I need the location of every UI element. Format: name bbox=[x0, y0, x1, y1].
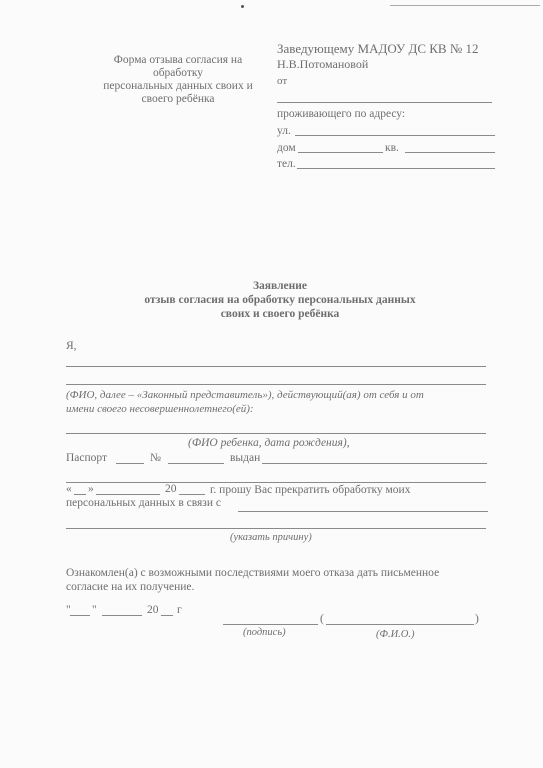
stray-mark bbox=[241, 5, 244, 8]
request-text: г. прошу Вас прекратить обработку моих bbox=[210, 483, 410, 497]
sign-year-prefix: 20 bbox=[147, 603, 159, 617]
passport-number-field[interactable] bbox=[168, 463, 224, 464]
issued-by-field[interactable] bbox=[262, 463, 487, 464]
issued-label: выдан bbox=[230, 451, 260, 465]
phone-label: тел. bbox=[277, 157, 296, 171]
applicant-name-field-2[interactable] bbox=[66, 384, 486, 385]
name-open-paren: ( bbox=[320, 612, 324, 626]
signature-note: (подпись) bbox=[243, 626, 286, 640]
house-label: дом bbox=[277, 141, 296, 155]
name-close-paren: ) bbox=[475, 612, 479, 626]
from-field[interactable] bbox=[277, 102, 492, 103]
representative-note-1: (ФИО, далее – «Законный представитель»),… bbox=[66, 388, 424, 402]
apt-field[interactable] bbox=[405, 152, 495, 153]
title-line1: Заявление bbox=[100, 279, 460, 293]
request-text-2: персональных данных в связи с bbox=[66, 496, 221, 510]
signature-field[interactable] bbox=[223, 624, 318, 625]
title-line3: своих и своего ребёнка bbox=[100, 307, 460, 321]
child-name-field[interactable] bbox=[66, 433, 486, 434]
i-label: Я, bbox=[66, 339, 77, 353]
acknowledge-2: согласие на их получение. bbox=[66, 580, 194, 594]
title-line2: отзыв согласия на обработку персональных… bbox=[100, 293, 460, 307]
name-note: (Ф.И.О.) bbox=[376, 628, 414, 642]
sign-month-field[interactable] bbox=[102, 615, 142, 616]
from-label: от bbox=[277, 74, 287, 88]
date-close-quote: » bbox=[88, 482, 94, 496]
passport-series-field[interactable] bbox=[116, 463, 144, 464]
year-prefix: 20 bbox=[165, 482, 177, 496]
caption-line: персональных данных своих и bbox=[88, 80, 268, 93]
day-field[interactable] bbox=[74, 494, 86, 495]
address-label: проживающего по адресу: bbox=[277, 107, 405, 121]
addressee-line2: Н.В.Потомановой bbox=[277, 57, 368, 72]
sign-date-quote-close: " bbox=[92, 603, 97, 617]
passport-label: Паспорт bbox=[66, 451, 107, 465]
house-field[interactable] bbox=[298, 152, 383, 153]
sign-year-field[interactable] bbox=[161, 615, 173, 616]
acknowledge-1: Ознакомлен(а) с возможными последствиями… bbox=[66, 566, 439, 580]
street-label: ул. bbox=[277, 124, 291, 138]
reason-field[interactable] bbox=[238, 511, 488, 512]
sign-name-field[interactable] bbox=[326, 624, 474, 625]
number-label: № bbox=[150, 451, 161, 465]
month-field[interactable] bbox=[96, 494, 160, 495]
sign-year-suffix: г bbox=[177, 603, 182, 617]
caption-line: обработку bbox=[88, 67, 268, 80]
sign-day-field[interactable] bbox=[70, 615, 90, 616]
caption-line: Форма отзыва согласия на bbox=[88, 54, 268, 67]
child-note: (ФИО ребенка, дата рождения), bbox=[188, 436, 350, 450]
reason-note: (указать причину) bbox=[230, 531, 312, 545]
applicant-name-field-1[interactable] bbox=[66, 366, 486, 367]
representative-note-2: имени своего несовершеннолетнего(ей): bbox=[66, 402, 254, 416]
addressee-line1: Заведующему МАДОУ ДС КВ № 12 bbox=[277, 41, 479, 57]
top-edge-line bbox=[390, 5, 540, 6]
street-field[interactable] bbox=[295, 135, 495, 136]
year-field[interactable] bbox=[179, 494, 205, 495]
caption-line: своего ребёнка bbox=[88, 93, 268, 106]
phone-field[interactable] bbox=[297, 168, 495, 169]
form-caption: Форма отзыва согласия на обработку персо… bbox=[88, 54, 268, 106]
date-open-quote: « bbox=[66, 482, 72, 496]
reason-field-2[interactable] bbox=[66, 528, 486, 529]
document-title: Заявление отзыв согласия на обработку пе… bbox=[100, 279, 460, 321]
apt-label: кв. bbox=[385, 141, 399, 155]
